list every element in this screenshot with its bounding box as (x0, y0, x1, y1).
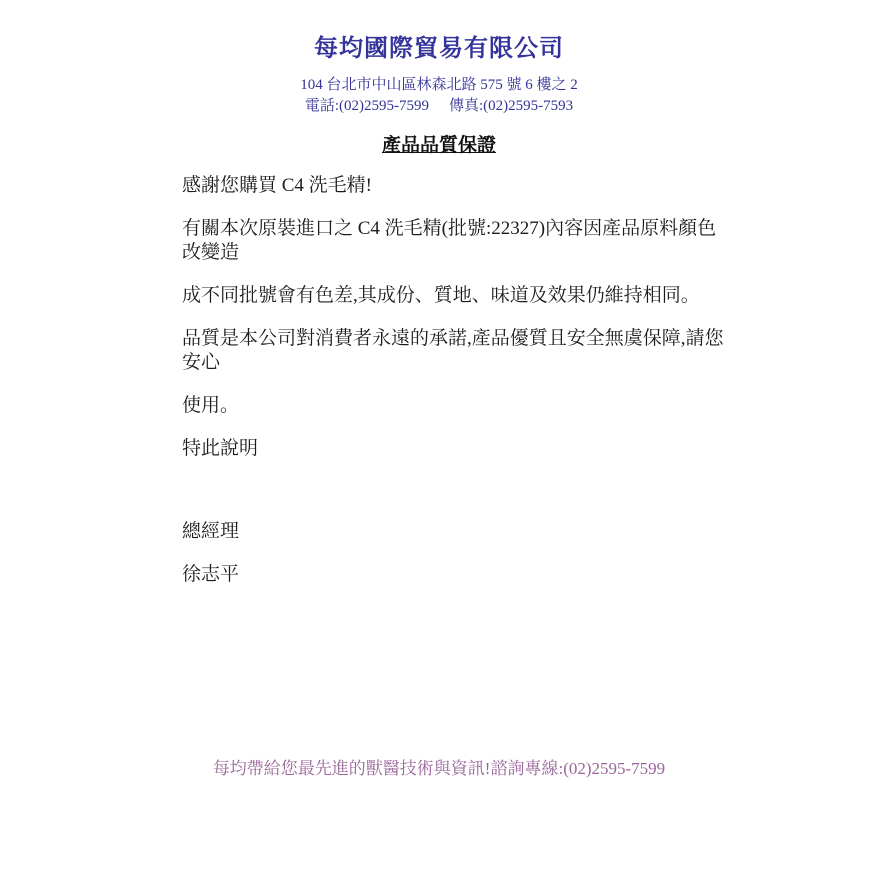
letterhead: 每均國際貿易有限公司 104 台北市中山區林森北路 575 號 6 樓之 2 電… (0, 0, 878, 116)
company-name: 每均國際貿易有限公司 (0, 0, 878, 64)
body-line-batch-info-2: 成不同批號會有色差,其成份、質地、味道及效果仍維持相同。 (182, 284, 730, 308)
signature-title: 總經理 (182, 520, 730, 544)
company-contact-line: 電話:(02)2595-7599傳真:(02)2595-7593 (0, 97, 878, 116)
company-fax: 傳真:(02)2595-7593 (449, 98, 573, 114)
body-line-thanks: 感謝您購買 C4 洗毛精! (182, 174, 730, 198)
body-line-quality-promise-2: 使用。 (182, 394, 730, 418)
document-title: 產品品質保證 (0, 134, 878, 158)
body-line-batch-info-1: 有關本次原裝進口之 C4 洗毛精(批號:22327)內容因產品原料顏色改變造 (182, 217, 730, 265)
footer-tagline: 每均帶給您最先進的獸醫技術與資訊!諮詢專線:(02)2595-7599 (0, 758, 878, 780)
company-address: 104 台北市中山區林森北路 575 號 6 樓之 2 (0, 76, 878, 95)
quality-guarantee-letter: 每均國際貿易有限公司 104 台北市中山區林森北路 575 號 6 樓之 2 電… (0, 0, 878, 878)
letter-body: 感謝您購買 C4 洗毛精! 有關本次原裝進口之 C4 洗毛精(批號:22327)… (182, 174, 730, 587)
closing-statement: 特此說明 (182, 437, 730, 461)
company-phone: 電話:(02)2595-7599 (305, 98, 429, 114)
signature-name: 徐志平 (182, 563, 730, 587)
body-line-quality-promise-1: 品質是本公司對消費者永遠的承諾,產品優質且安全無虞保障,請您安心 (182, 327, 730, 375)
